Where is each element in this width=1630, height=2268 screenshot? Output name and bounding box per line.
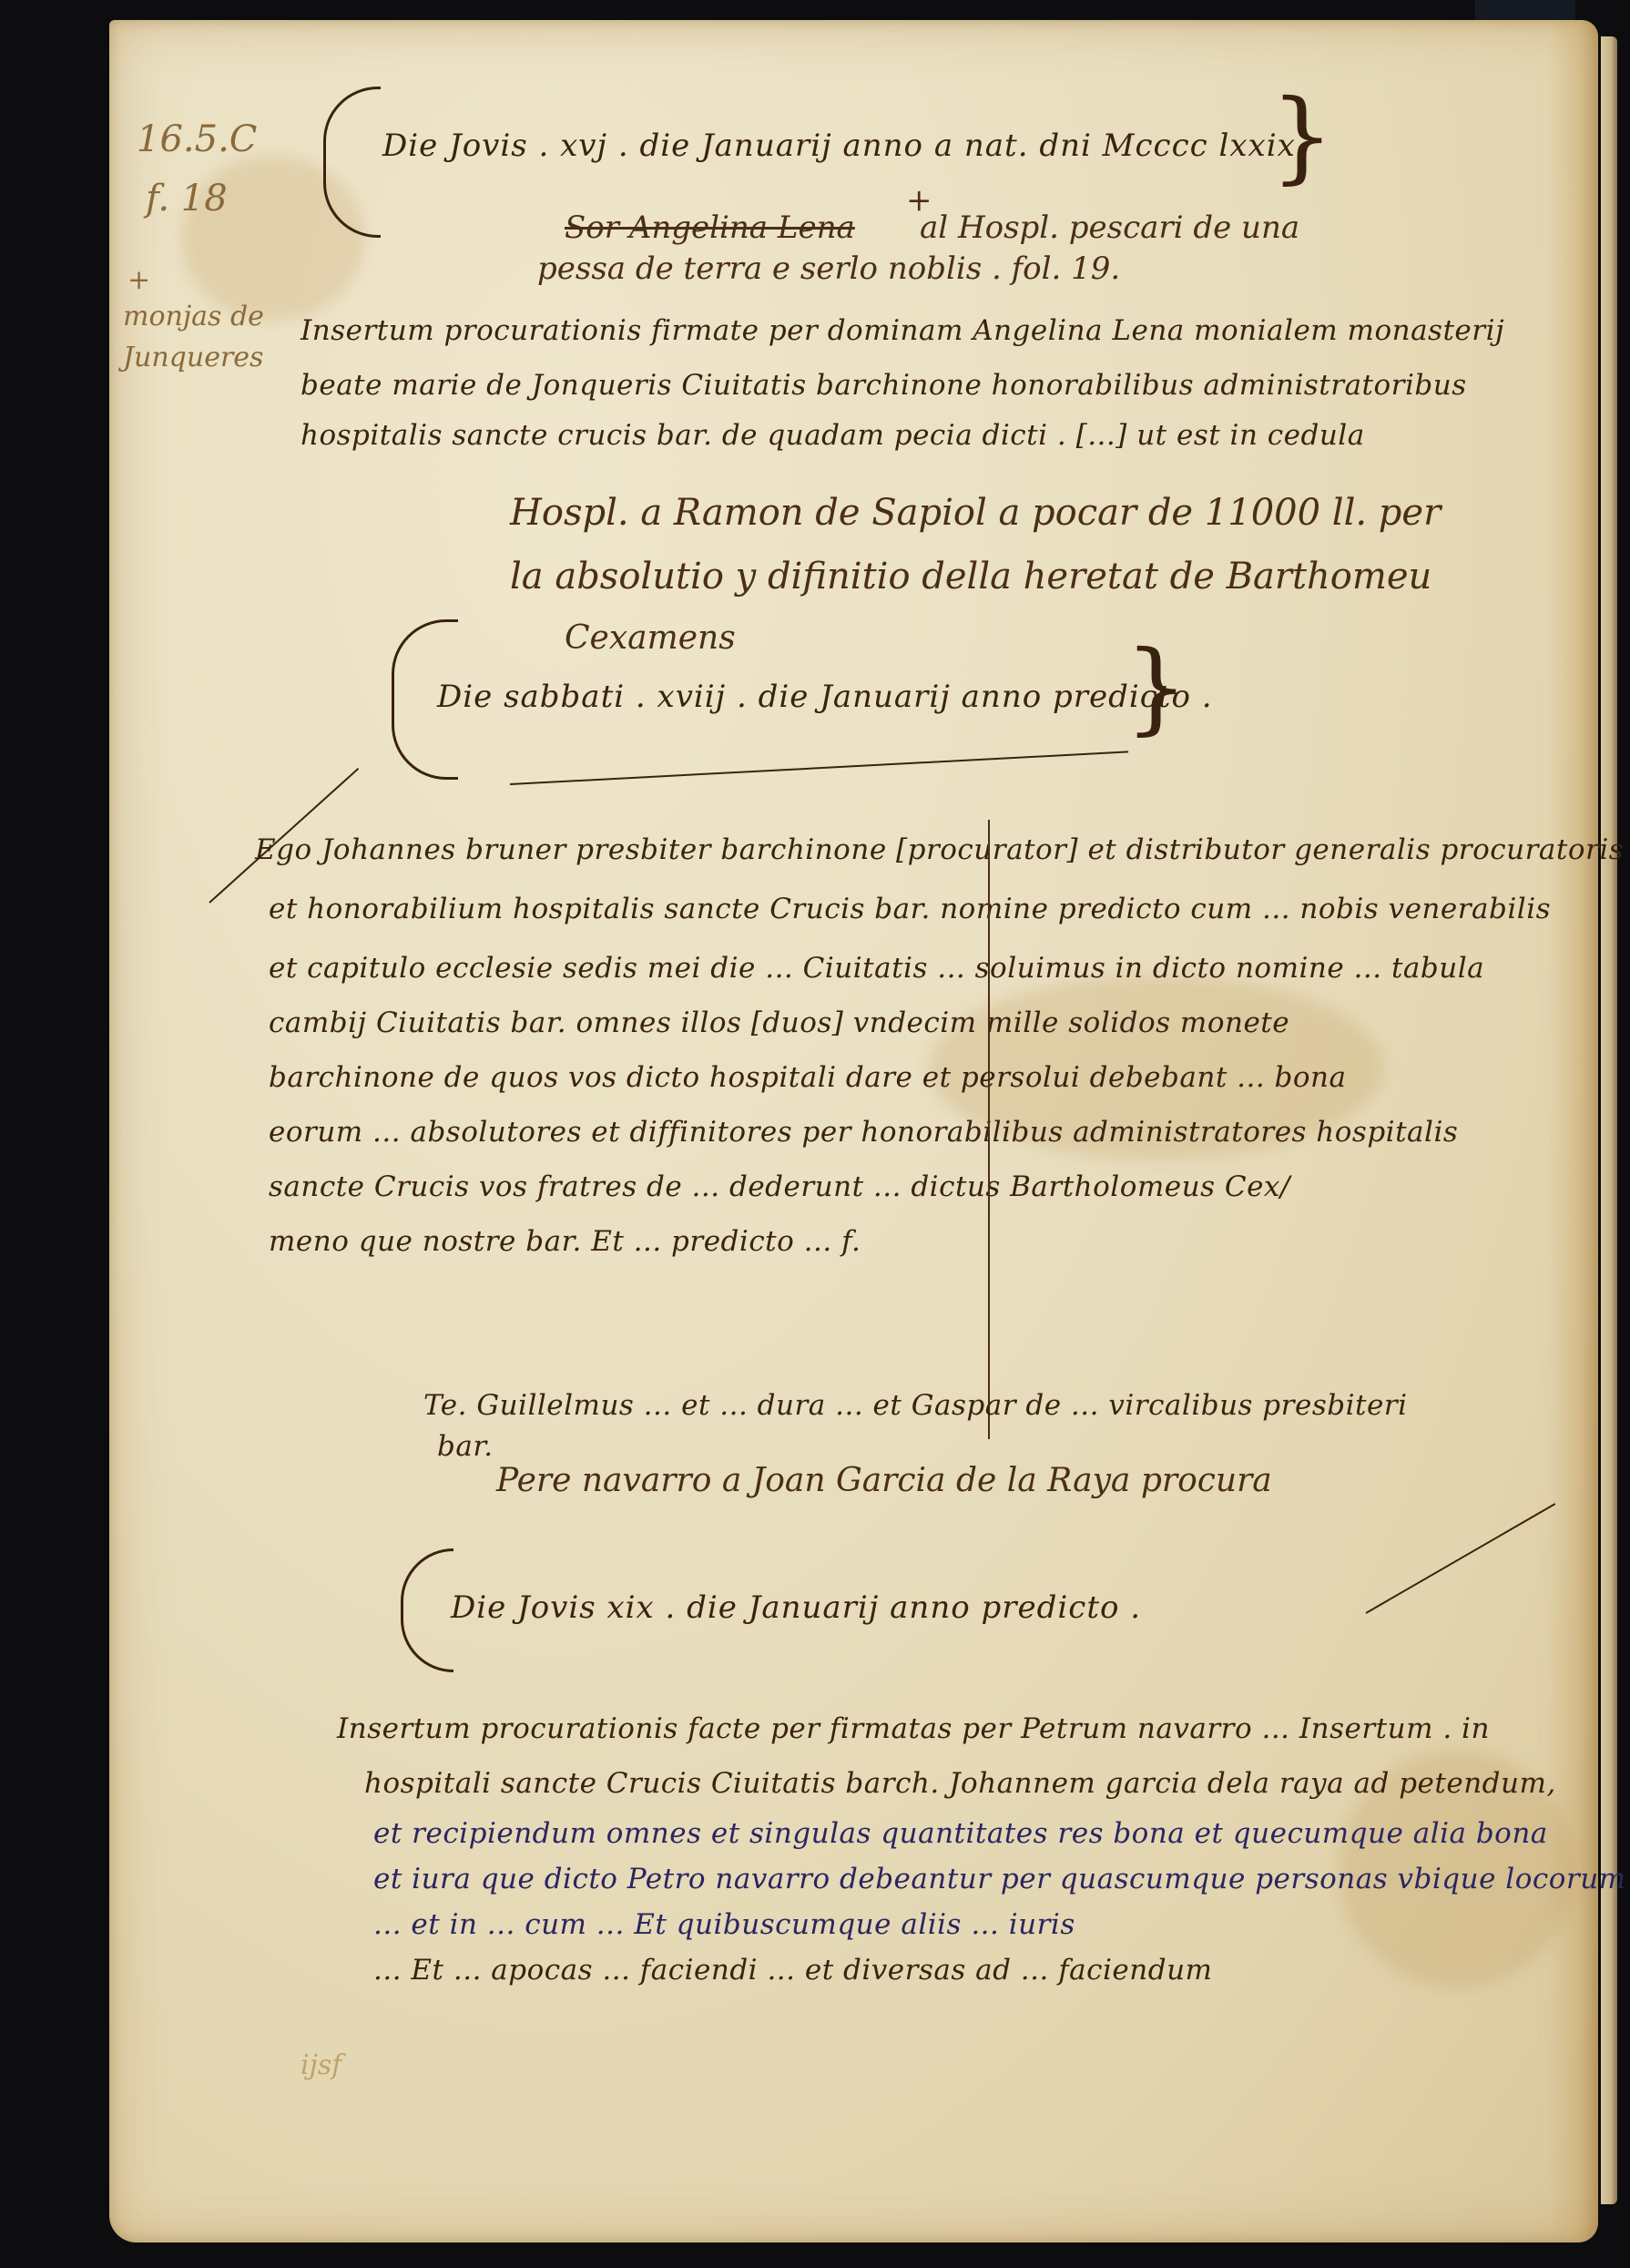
entry-2-note-2: la absolutio y difinitio della heretat d… — [510, 556, 1431, 598]
entry-2-note-3: Cexamens — [565, 619, 736, 657]
entry-3-line-1: Ego Johannes bruner presbiter barchinone… — [255, 833, 1624, 866]
entry-1-heading: Die Jovis . xvj . die Januarij anno a na… — [382, 128, 1307, 164]
entry-4-heading: Die Jovis xix . die Januarij anno predic… — [451, 1589, 1141, 1626]
entry-3-line-7: sancte Crucis vos fratres de ... dederun… — [269, 1170, 1290, 1203]
entry-3-line-6: eorum ... absolutores et diffinitores pe… — [269, 1116, 1458, 1149]
entry-1-line-1: Insertum procurationis firmate per domin… — [301, 314, 1504, 347]
entry-1-later-note-2: pessa de terra e serlo noblis . fol. 19. — [537, 250, 1120, 287]
entry-2-note-1: Hospl. a Ramon de Sapiol a pocar de 1100… — [510, 492, 1441, 534]
entry-3-later-note: Pere navarro a Joan Garcia de la Raya pr… — [496, 1462, 1272, 1499]
entry-3-heading: Die sabbati . xviij . die Januarij anno … — [437, 679, 1213, 715]
margin-note-2: Junqueres — [123, 342, 263, 373]
margin-faint-note: ijsf — [301, 2049, 341, 2081]
entry-1-later-note-1: al Hospl. pescari de una — [920, 209, 1299, 246]
margin-ref-2: f. 18 — [146, 178, 228, 220]
margin-cross: + — [127, 264, 150, 296]
entry-1-line-3: hospitalis sancte crucis bar. de quadam … — [301, 419, 1365, 452]
entry-4-line-1: Insertum procurationis facte per firmata… — [337, 1712, 1490, 1745]
margin-ref-1: 16.5.C — [137, 118, 257, 160]
entry-4-line-3: et recipiendum omnes et singulas quantit… — [373, 1817, 1548, 1850]
entry-3-line-2: et honorabilium hospitalis sancte Crucis… — [269, 893, 1551, 925]
margin-note-1: monjas de — [123, 301, 264, 332]
right-brace: } — [1270, 77, 1334, 194]
entry-3-line-3: et capitulo ecclesie sedis mei die ... C… — [269, 952, 1484, 985]
entry-4-line-4: et iura que dicto Petro navarro debeantu… — [373, 1863, 1626, 1895]
entry-4-line-5: ... et in ... cum ... Et quibuscumque al… — [373, 1908, 1075, 1941]
entry-3-line-8: meno que nostre bar. Et ... predicto ...… — [269, 1225, 861, 1258]
witness-line: Te. Guillelmus ... et ... dura ... et Ga… — [423, 1389, 1408, 1422]
entry-1-line-2: beate marie de Jonqueris Ciuitatis barch… — [301, 369, 1467, 402]
entry-4-line-2: hospitali sancte Crucis Ciuitatis barch.… — [364, 1767, 1556, 1800]
right-brace: } — [1125, 628, 1188, 745]
witness-line-2: bar. — [437, 1430, 494, 1463]
entry-4-line-6: ... Et ... apocas ... faciendi ... et di… — [373, 1954, 1212, 1987]
entry-3-line-5: barchinone de quos vos dicto hospitali d… — [269, 1061, 1347, 1094]
struck-note: Sor Angelina Lena — [565, 209, 855, 246]
cancellation-line — [988, 820, 990, 1439]
entry-3-line-4: cambij Ciuitatis bar. omnes illos [duos]… — [269, 1006, 1289, 1039]
